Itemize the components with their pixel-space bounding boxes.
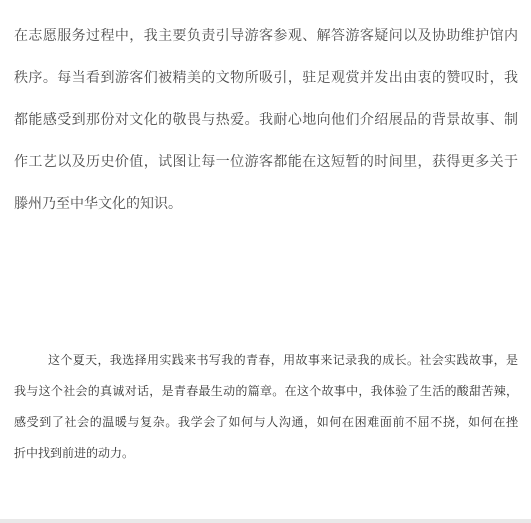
text-line: 这个夏天，我选择用实践来书写我的青春，用故事来记录我的成长。社会实践故事，是 — [14, 345, 518, 376]
paragraph-summer-summary: 这个夏天，我选择用实践来书写我的青春，用故事来记录我的成长。社会实践故事，是 我… — [14, 345, 518, 469]
paragraph-volunteer-service: 在志愿服务过程中，我主要负责引导游客参观、解答游客疑问以及协助维护馆内 秩序。每… — [14, 16, 518, 226]
text-line: 滕州乃至中华文化的知识。 — [14, 184, 518, 226]
document-page: 在志愿服务过程中，我主要负责引导游客参观、解答游客疑问以及协助维护馆内 秩序。每… — [0, 0, 531, 523]
text-line: 都能感受到那份对文化的敬畏与热爱。我耐心地向他们介绍展品的背景故事、制 — [14, 100, 518, 142]
text-line: 折中找到前进的动力。 — [14, 438, 518, 469]
text-line: 作工艺以及历史价值，试图让每一位游客都能在这短暂的时间里，获得更多关于 — [14, 142, 518, 184]
text-line: 在志愿服务过程中，我主要负责引导游客参观、解答游客疑问以及协助维护馆内 — [14, 16, 518, 58]
text-line: 秩序。每当看到游客们被精美的文物所吸引，驻足观赏并发出由衷的赞叹时，我 — [14, 58, 518, 100]
text-line: 我与这个社会的真诚对话，是青春最生动的篇章。在这个故事中，我体验了生活的酸甜苦辣… — [14, 376, 518, 407]
text-line: 感受到了社会的温暖与复杂。我学会了如何与人沟通，如何在困难面前不屈不挠，如何在挫 — [14, 407, 518, 438]
bottom-divider — [0, 519, 531, 523]
